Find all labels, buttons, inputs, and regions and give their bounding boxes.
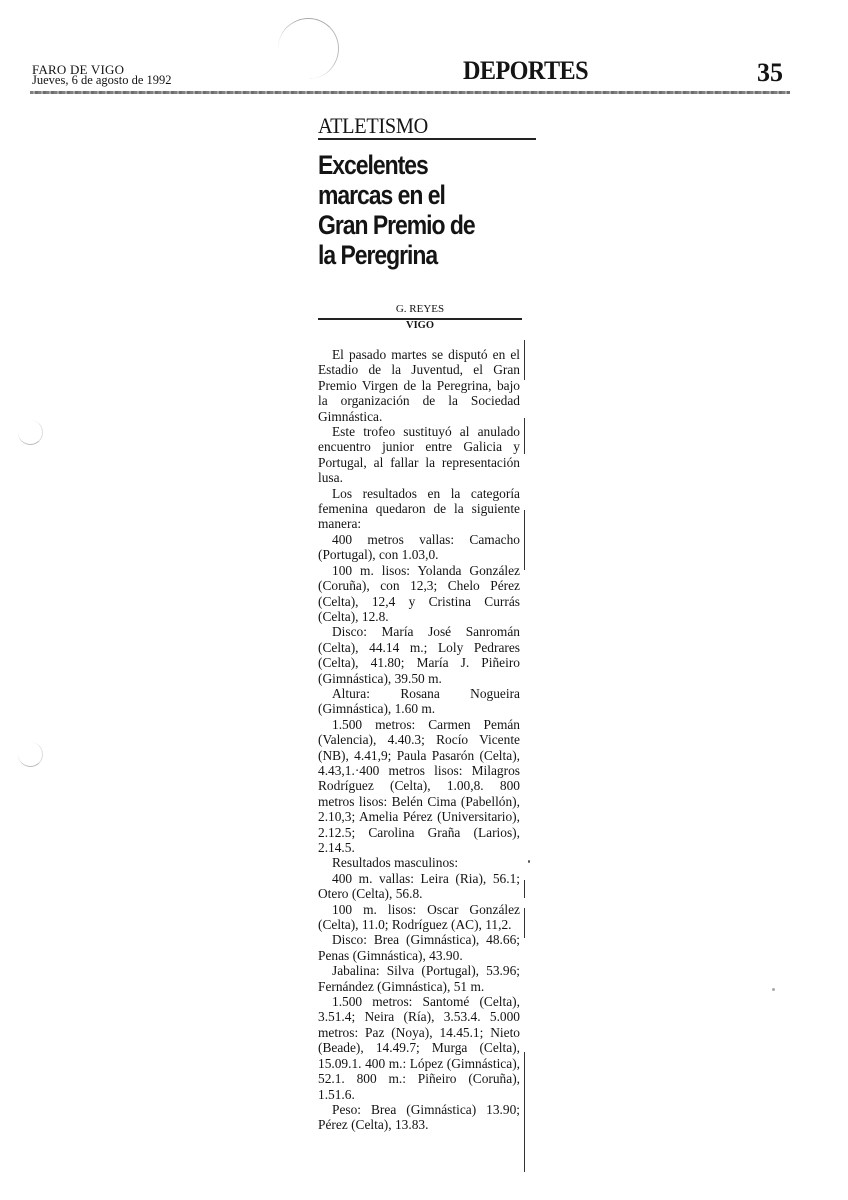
punch-hole-mark bbox=[18, 420, 43, 445]
paragraph: Disco: Brea (Gimnástica), 48.66; Penas (… bbox=[318, 932, 520, 963]
column-rule bbox=[524, 340, 525, 380]
paragraph: Disco: María José Sanromán (Celta), 44.1… bbox=[318, 624, 520, 686]
paragraph: 1.500 metros: Carmen Pemán (Valencia), 4… bbox=[318, 717, 520, 856]
section-title: DEPORTES bbox=[463, 56, 588, 86]
paragraph: 100 m. lisos: Yolanda González (Coruña),… bbox=[318, 563, 520, 625]
headline-line: la Peregrina bbox=[318, 240, 514, 270]
dateline: VIGO bbox=[318, 320, 522, 331]
masthead-left: FARO DE VIGO Jueves, 6 de agosto de 1992 bbox=[32, 64, 172, 86]
headline-line: marcas en el bbox=[318, 180, 514, 210]
headline-line: Excelentes bbox=[318, 150, 514, 180]
paragraph: Los resultados en la categoría femenina … bbox=[318, 486, 520, 532]
column-rule bbox=[524, 510, 525, 570]
punch-hole-mark bbox=[18, 742, 43, 767]
article-body: El pasado martes se disputó en el Estadi… bbox=[318, 347, 520, 1133]
paragraph: Resultados masculinos: bbox=[318, 855, 520, 870]
scan-speck bbox=[528, 860, 530, 863]
article-headline: Excelentes marcas en el Gran Premio de l… bbox=[318, 150, 514, 270]
byline: G. REYES bbox=[318, 303, 522, 315]
paragraph: Peso: Brea (Gimnástica) 13.90; Pérez (Ce… bbox=[318, 1102, 520, 1133]
column-rule bbox=[524, 1052, 525, 1172]
article-kicker: ATLETISMO bbox=[318, 113, 428, 139]
issue-date: Jueves, 6 de agosto de 1992 bbox=[32, 75, 172, 86]
paragraph: Jabalina: Silva (Portugal), 53.96; Ferná… bbox=[318, 963, 520, 994]
column-rule bbox=[524, 880, 525, 898]
column-rule bbox=[524, 418, 525, 454]
scan-artifact-arc bbox=[278, 18, 339, 79]
paragraph: Altura: Rosana Nogueira (Gimnástica), 1.… bbox=[318, 686, 520, 717]
masthead-rule bbox=[30, 91, 790, 94]
scan-speck bbox=[772, 988, 775, 991]
paragraph: 400 m. vallas: Leira (Ria), 56.1; Otero … bbox=[318, 871, 520, 902]
column-rule bbox=[524, 908, 525, 938]
paragraph: El pasado martes se disputó en el Estadi… bbox=[318, 347, 520, 424]
paragraph: 1.500 metros: Santomé (Celta), 3.51.4; N… bbox=[318, 994, 520, 1102]
paragraph: Este trofeo sustituyó al anulado encuent… bbox=[318, 424, 520, 486]
page-number: 35 bbox=[757, 58, 783, 88]
paragraph: 100 m. lisos: Oscar González (Celta), 11… bbox=[318, 902, 520, 933]
paragraph: 400 metros vallas: Camacho (Portugal), c… bbox=[318, 532, 520, 563]
kicker-rule bbox=[318, 138, 536, 140]
headline-line: Gran Premio de bbox=[318, 210, 514, 240]
